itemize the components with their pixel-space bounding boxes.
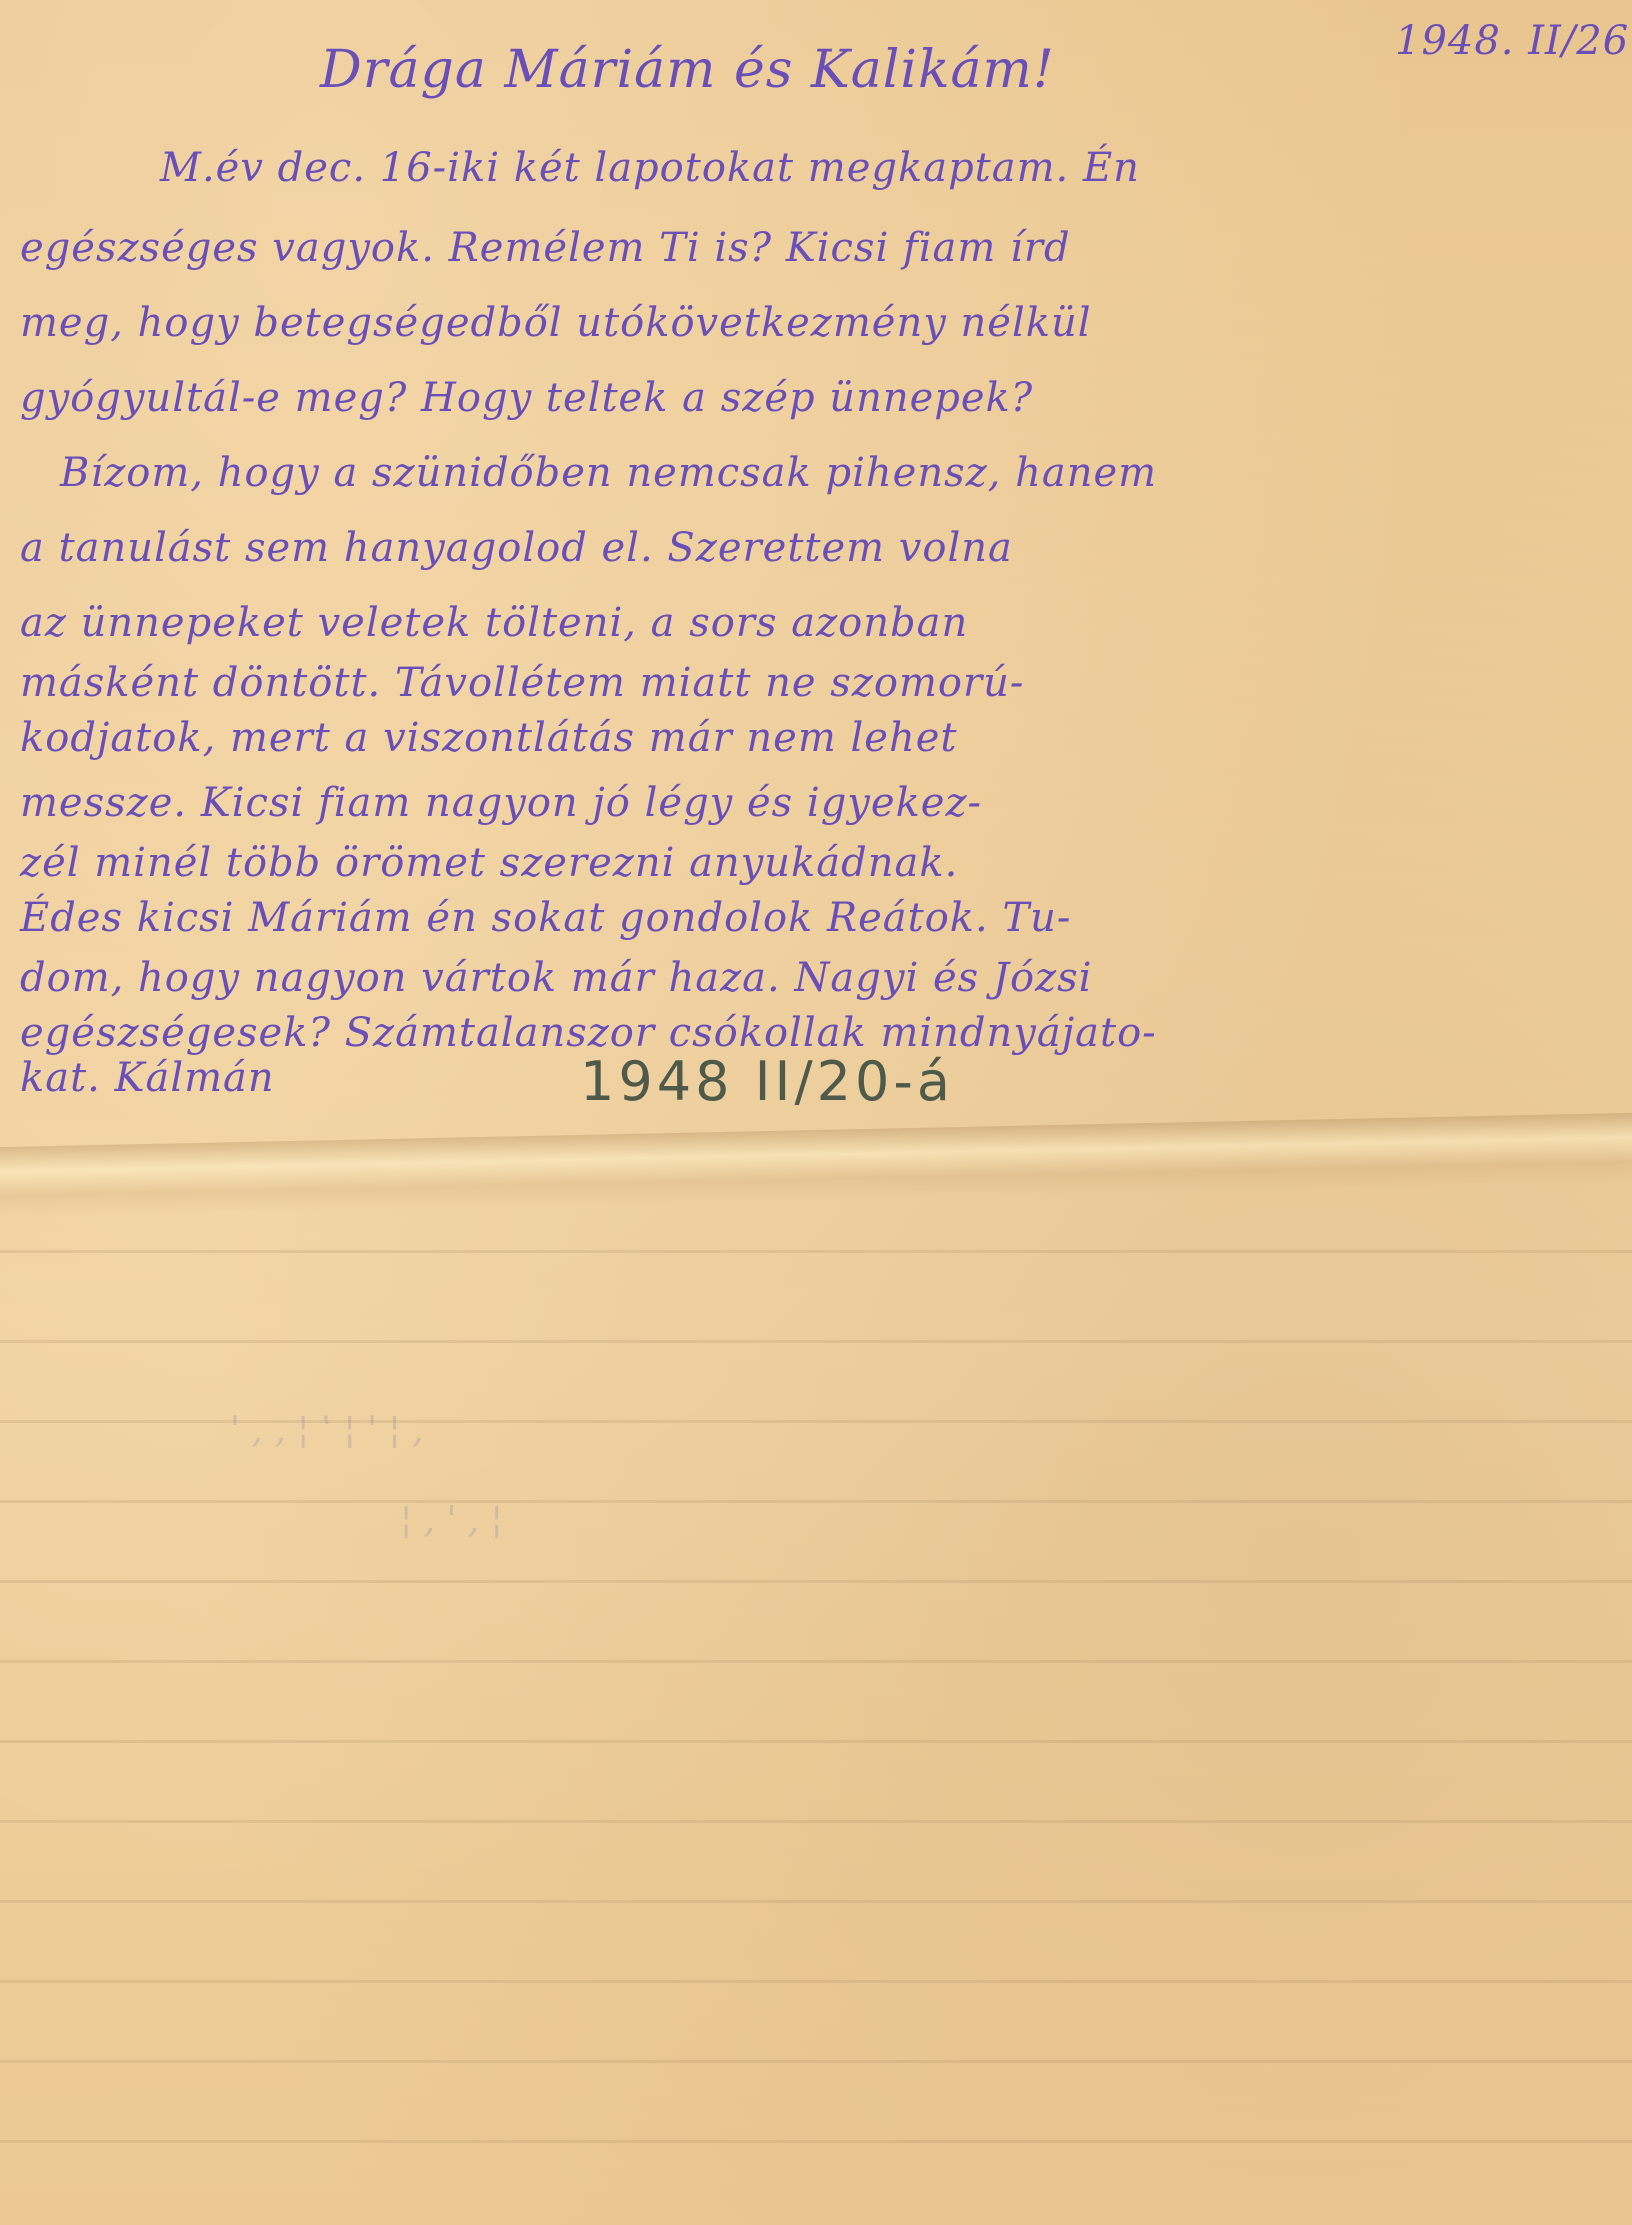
ruled-line: [0, 2060, 1632, 2063]
ruled-line: [0, 1500, 1632, 1503]
ruled-line: [0, 1900, 1632, 1903]
body-line: az ünnepeket veletek tölteni, a sors azo…: [20, 600, 968, 646]
signature-line: kat. Kálmán: [20, 1055, 275, 1101]
body-line: M.év dec. 16-iki két lapotokat megkaptam…: [160, 145, 1140, 191]
body-line: másként döntött. Távollétem miatt ne szo…: [20, 660, 1024, 706]
bleed-through-text: ' , ‚ ¦ ‛ ¦ ' ¦ ,: [230, 1410, 424, 1451]
letter-sheet: ' , ‚ ¦ ‛ ¦ ' ¦ , ¦ , ' , ¦ Drága Máriám…: [0, 0, 1632, 2225]
ruled-line: [0, 1250, 1632, 1253]
ruled-line: [0, 2140, 1632, 2143]
ruled-line: [0, 1340, 1632, 1343]
bleed-through-text: ¦ , ' , ¦: [400, 1500, 503, 1541]
body-line: egészséges vagyok. Remélem Ti is? Kicsi …: [20, 225, 1071, 271]
body-line: meg, hogy betegségedből utókövetkezmény …: [20, 300, 1092, 346]
pencil-date-note: 1948 II/20-á: [580, 1050, 954, 1113]
ruled-line: [0, 1980, 1632, 1983]
body-line: Bízom, hogy a szünidőben nemcsak pihensz…: [60, 450, 1157, 496]
salutation: Drága Máriám és Kalikám!: [320, 40, 1055, 100]
body-line: dom, hogy nagyon vártok már haza. Nagyi …: [20, 955, 1092, 1001]
body-line: kodjatok, mert a viszontlátás már nem le…: [20, 715, 957, 761]
letter-date: 1948. II/26: [1395, 18, 1629, 64]
paper-fold: [0, 1113, 1632, 1217]
body-line: Édes kicsi Máriám én sokat gondolok Reát…: [20, 895, 1071, 941]
ruled-line: [0, 1580, 1632, 1583]
body-line: messze. Kicsi fiam nagyon jó légy és igy…: [20, 780, 982, 826]
body-line: gyógyultál-e meg? Hogy teltek a szép ünn…: [20, 375, 1033, 421]
body-line: zél minél több örömet szerezni anyukádna…: [20, 840, 958, 886]
ruled-line: [0, 1820, 1632, 1823]
ruled-line: [0, 1660, 1632, 1663]
body-line: a tanulást sem hanyagolod el. Szerettem …: [20, 525, 1013, 571]
ruled-line: [0, 1740, 1632, 1743]
